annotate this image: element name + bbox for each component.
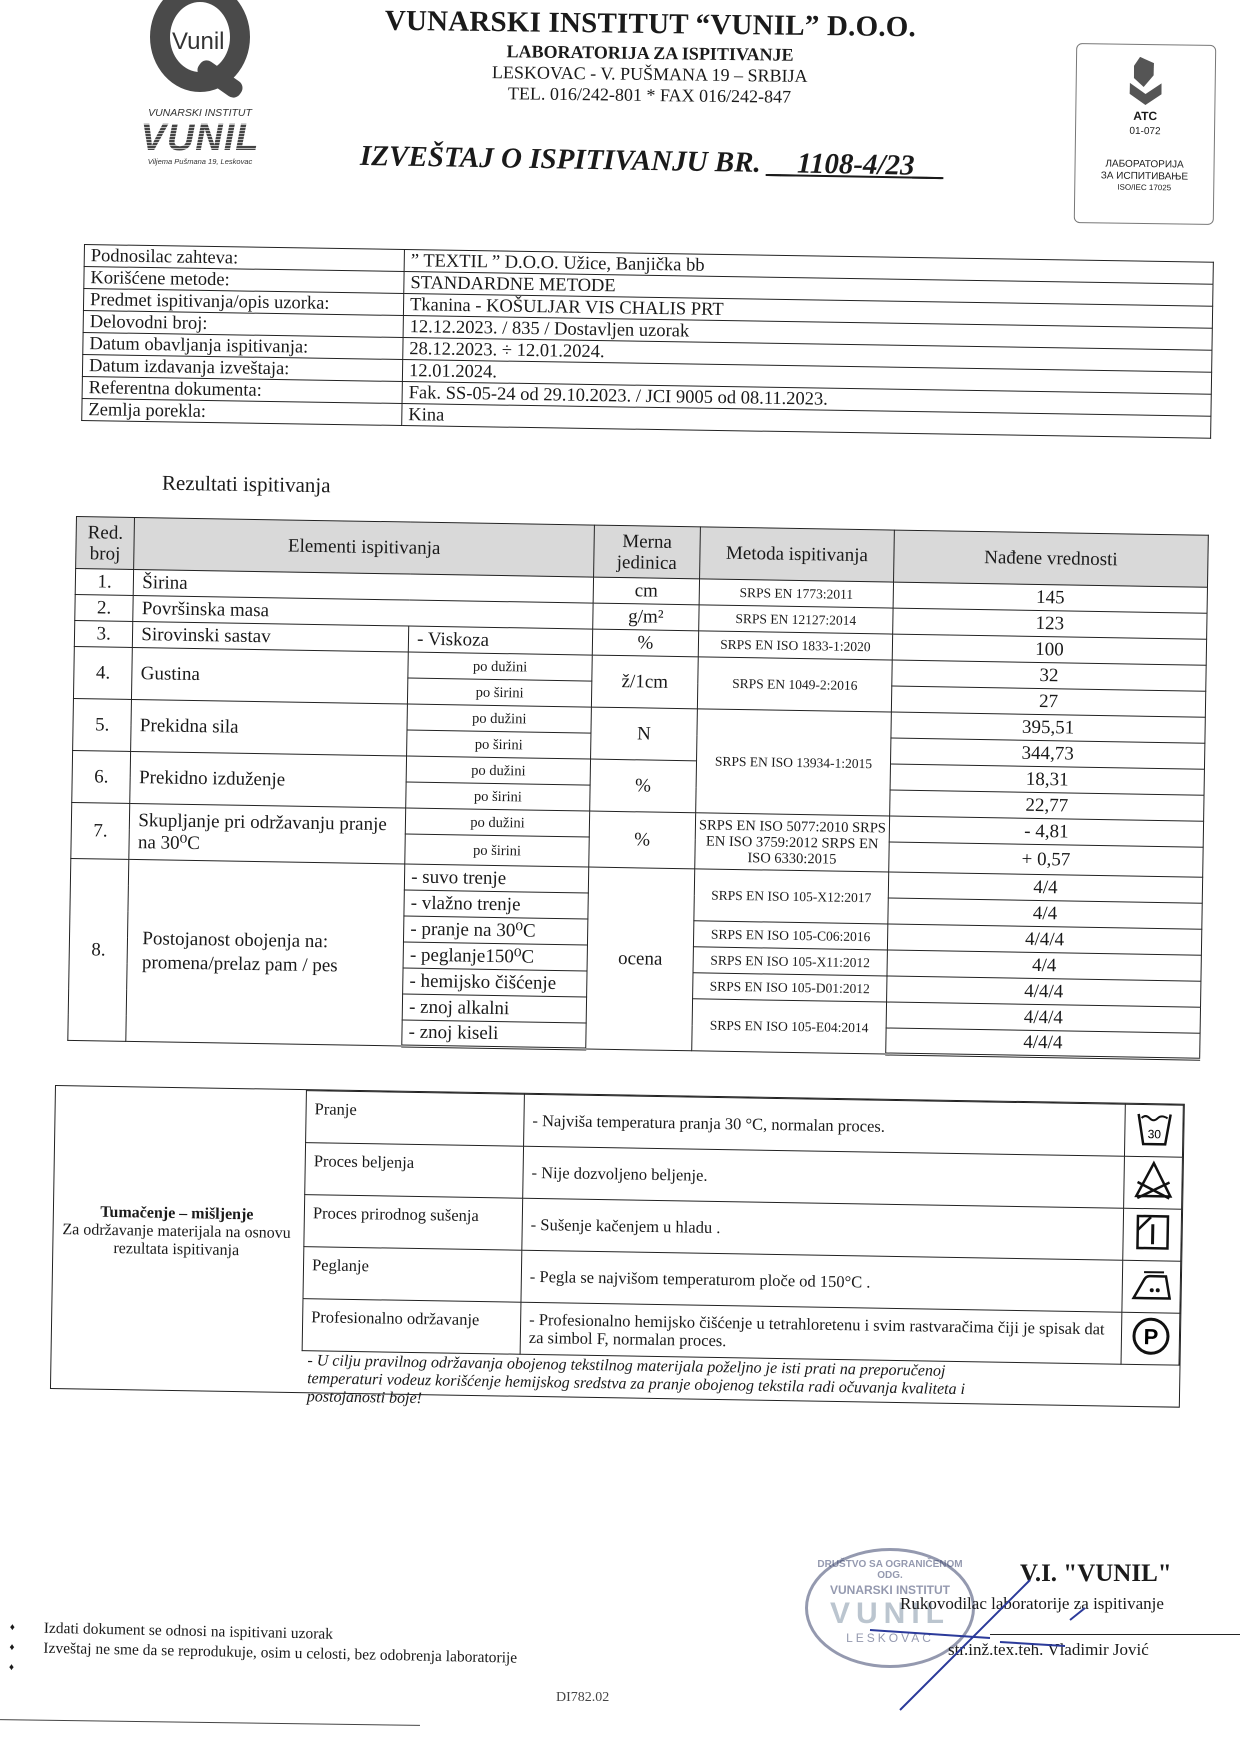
q-logo-mark: Vunil (140, 0, 260, 105)
iron-medium-icon (1129, 1266, 1174, 1303)
row-number: 4. (73, 646, 132, 699)
stamp-line1: DRUŠTVO SA OGRANIČENOM ODG. (808, 1559, 972, 1581)
row-method: SRPS EN ISO 105-E04:2014 (692, 999, 887, 1054)
row-unit: cm (593, 577, 699, 605)
row-number: 5. (73, 698, 132, 751)
row-number: 6. (72, 750, 131, 803)
fastness-item: - vlažno trenje (404, 890, 588, 919)
row-element: Postojanost obojenja na: promena/prelaz … (126, 859, 405, 1046)
fastness-item: - znoj alkalni (402, 994, 586, 1023)
row-element: Prekidna sila (131, 699, 408, 756)
interpretation-subtitle: Za održavanje materijala na osnovu rezul… (53, 1221, 300, 1261)
row-number: 8. (68, 858, 129, 1041)
row-method: SRPS EN 12127:2014 (699, 605, 893, 634)
care-key: Proces beljenja (305, 1143, 524, 1199)
row-direction: po širini (408, 678, 592, 707)
report-number: __1108-4/23__ (768, 147, 944, 182)
results-table: Red. broj Elementi ispitivanja Merna jed… (67, 516, 1209, 1061)
row-direction: po širini (405, 834, 589, 867)
care-note: - U cilju pravilnog održavanja obojenog … (301, 1352, 1022, 1418)
atc-code: ATC (1076, 108, 1214, 124)
footer-notes: ♦Izdati dokument se odnosi na ispitivani… (9, 1618, 518, 1689)
diamond-bullet-icon: ♦ (9, 1658, 43, 1679)
request-info-table: Podnosilac zahteva:” TEXTIL ” D.O.O. Uži… (81, 244, 1214, 439)
fastness-item: - hemijsko čišćenje (403, 968, 587, 997)
report-title: IZVEŠTAJ O ISPITIVANJU BR. __1108-4/23__ (360, 140, 944, 183)
diamond-bullet-icon: ♦ (10, 1618, 44, 1639)
signature-line (990, 1634, 1240, 1635)
svg-text:P: P (1143, 1324, 1158, 1349)
row-number: 2. (75, 594, 134, 621)
institute-logo: Vunil VUNARSKI INSTITUT VUNIL Viljema Pu… (120, 0, 280, 170)
col-header-unit: Merna jedinica (594, 525, 701, 579)
atc-line1: ЛАБОРАТОРИЈА (1105, 158, 1183, 170)
document-id: DI782.02 (556, 1690, 609, 1706)
row-direction: po dužini (405, 808, 589, 837)
report-title-prefix: IZVEŠTAJ O ISPITIVANJU BR. (360, 140, 768, 179)
atc-logo-icon (1127, 57, 1164, 107)
line-dry-shade-icon (1132, 1212, 1173, 1253)
row-method: SRPS EN ISO 105-D01:2012 (693, 973, 887, 1002)
signature-name: str.inž.tex.teh. Vladimir Jović (948, 1640, 1149, 1660)
wash-30-icon: 30 (1134, 1108, 1175, 1149)
row-element: Skupljanje pri održavanju pranje na 30⁰C (129, 803, 406, 864)
row-unit: % (592, 629, 698, 657)
fastness-item: - znoj kiseli (402, 1020, 586, 1049)
row-element: Gustina (132, 647, 409, 704)
atc-standard: ISO/IEC 17025 (1075, 182, 1213, 193)
care-key: Pranje (306, 1091, 525, 1147)
row-unit: ocena (586, 867, 695, 1051)
col-header-value: Nađene vrednosti (894, 530, 1209, 587)
accreditation-badge: ATC 01-072 ЛАБОРАТОРИЈАЗА ИСПИТИВАЊЕ ISO… (1074, 43, 1216, 225)
row-method: SRPS EN ISO 5077:2010 SRPS EN ISO 3759:2… (695, 813, 890, 872)
atc-number: 01-072 (1076, 125, 1214, 138)
care-key: Proces prirodnog sušenja (304, 1195, 523, 1251)
interpretation-section: Tumačenje – mišljenje Za održavanje mate… (50, 1085, 1185, 1408)
row-unit: ž/1cm (591, 655, 698, 709)
row-direction: po dužini (406, 756, 590, 785)
row-direction: po dužini (407, 704, 591, 733)
svg-text:30: 30 (1147, 1127, 1161, 1141)
care-text: - Profesionalno hemijsko čišćenje u tetr… (520, 1302, 1122, 1364)
row-method: SRPS EN ISO 13934-1:2015 (696, 709, 892, 816)
diamond-bullet-icon: ♦ (9, 1638, 43, 1659)
no-bleach-icon (1133, 1160, 1174, 1201)
row-unit: % (590, 759, 697, 813)
col-header-method: Metoda ispitivanja (700, 527, 895, 582)
row-method: SRPS EN 1049-2:2016 (697, 657, 892, 712)
footer-divider (0, 1719, 420, 1726)
col-header-no: Red. broj (76, 517, 135, 570)
row-method: SRPS EN ISO 105-X12:2017 (694, 869, 889, 924)
row-direction: po širini (407, 730, 591, 759)
fastness-item: - pranje na 30⁰C (404, 916, 588, 945)
row-number: 7. (71, 802, 130, 859)
logo-q-text: Vunil (172, 28, 224, 56)
atc-line2: ЗА ИСПИТИВАЊЕ (1101, 170, 1189, 182)
row-number: 3. (74, 620, 133, 647)
row-unit: N (590, 707, 697, 761)
info-label: Zemlja porekla: (82, 398, 402, 425)
row-unit: g/m² (593, 603, 699, 631)
signature-org: V.I. "VUNIL" (1020, 1560, 1172, 1588)
interpretation-heading: Tumačenje – mišljenje Za održavanje mate… (51, 1086, 302, 1394)
row-direction: po širini (406, 782, 590, 811)
care-key: Peglanje (303, 1247, 522, 1303)
row-subelement: - Viskoza (408, 626, 592, 655)
care-key: Profesionalno održavanje (302, 1299, 521, 1355)
signature-role: Rukovodilac laboratorije za ispitivanje (900, 1594, 1164, 1614)
row-method: SRPS EN ISO 1833-1:2020 (698, 631, 892, 660)
row-element: Prekidno izduženje (130, 751, 407, 808)
letterhead: VUNARSKI INSTITUT “VUNIL” D.O.O. LABORAT… (329, 4, 970, 110)
row-value: 4/4/4 (886, 1028, 1200, 1059)
row-method: SRPS EN ISO 105-C06:2016 (693, 921, 887, 950)
care-instructions-table: Pranje - Najviša temperatura pranja 30 °… (302, 1090, 1184, 1366)
dry-clean-p-icon: P (1129, 1315, 1172, 1358)
row-direction: po dužini (408, 652, 592, 681)
fastness-item: - peglanje150⁰C (403, 942, 587, 971)
logo-brand-text: VUNIL (120, 119, 280, 157)
results-section-title: Rezultati ispitivanja (162, 471, 331, 499)
row-method: SRPS EN ISO 105-X11:2012 (693, 947, 887, 976)
row-unit: % (589, 811, 696, 869)
org-name: VUNARSKI INSTITUT “VUNIL” D.O.O. (330, 4, 970, 45)
fastness-item: - suvo trenje (404, 864, 588, 893)
row-method: SRPS EN 1773:2011 (699, 579, 893, 608)
row-number: 1. (75, 569, 134, 596)
col-header-element: Elementi ispitivanja (134, 517, 594, 577)
